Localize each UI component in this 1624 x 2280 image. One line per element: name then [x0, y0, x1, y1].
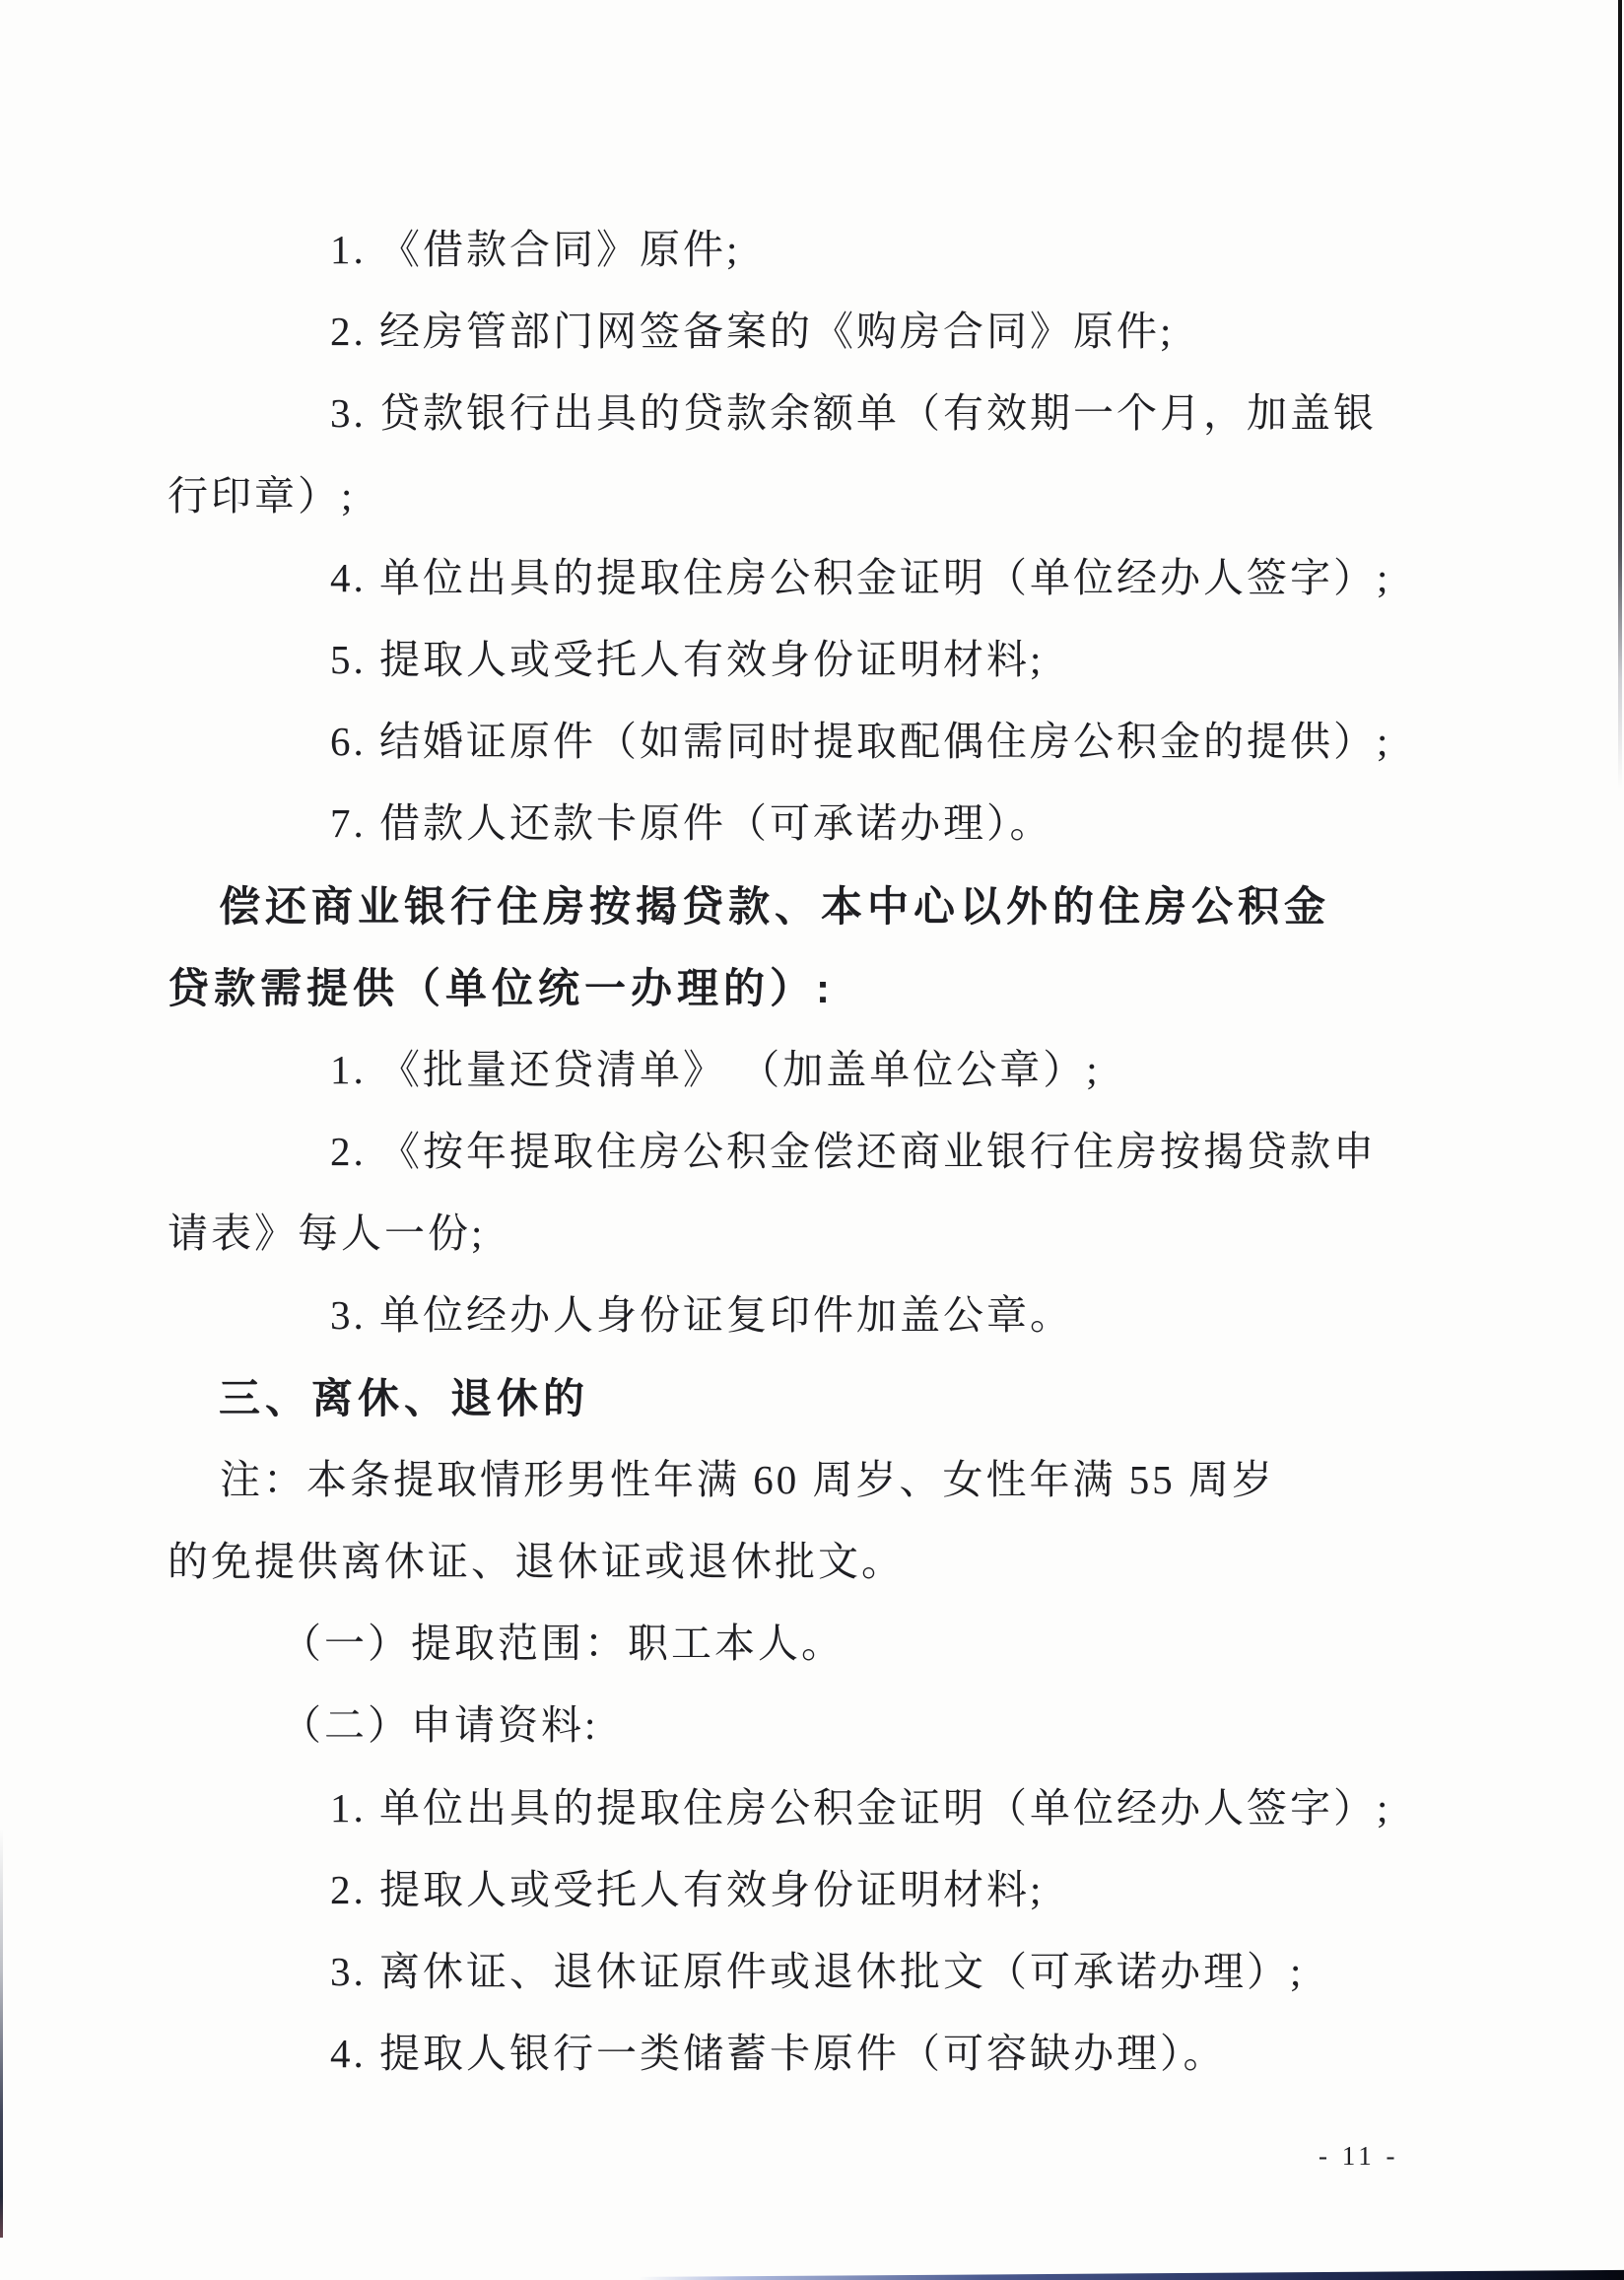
scan-artifact-right-edge	[1618, 0, 1622, 789]
text-line: 1. 单位出具的提取住房公积金证明（单位经办人签字）;	[168, 1767, 1429, 1849]
heading-line: 偿还商业银行住房按揭贷款、本中心以外的住房公积金	[168, 865, 1429, 947]
text-line: 2. 提取人或受托人有效身份证明材料;	[168, 1849, 1429, 1931]
text-line: 2. 经房管部门网签备案的《购房合同》原件;	[168, 291, 1429, 373]
text-line: 1. 《批量还贷清单》 （加盖单位公章）;	[168, 1029, 1429, 1111]
text-line: 注：本条提取情形男性年满 60 周岁、女性年满 55 周岁	[168, 1439, 1429, 1521]
text-line: 2. 《按年提取住房公积金偿还商业银行住房按揭贷款申	[168, 1111, 1429, 1193]
text-line: 行印章）;	[168, 455, 1429, 537]
document-body: 1. 《借款合同》原件;2. 经房管部门网签备案的《购房合同》原件;3. 贷款银…	[168, 209, 1429, 2095]
heading-line: 三、离休、退休的	[168, 1357, 1429, 1439]
document-page: 1. 《借款合同》原件;2. 经房管部门网签备案的《购房合同》原件;3. 贷款银…	[0, 0, 1624, 2280]
text-line: 请表》每人一份;	[168, 1193, 1429, 1275]
page-number: - 11 -	[1319, 2141, 1398, 2172]
text-line: 的免提供离休证、退休证或退休批文。	[168, 1521, 1429, 1603]
text-line: 6. 结婚证原件（如需同时提取配偶住房公积金的提供）;	[168, 701, 1429, 783]
text-line: （一）提取范围：职工本人。	[168, 1603, 1429, 1685]
text-line: 3. 贷款银行出具的贷款余额单（有效期一个月，加盖银	[168, 373, 1429, 454]
text-line: 3. 单位经办人身份证复印件加盖公章。	[168, 1275, 1429, 1356]
text-line: 1. 《借款合同》原件;	[168, 209, 1429, 291]
text-line: 5. 提取人或受托人有效身份证明材料;	[168, 619, 1429, 701]
heading-line: 贷款需提供（单位统一办理的）:	[168, 947, 1429, 1029]
text-line: 7. 借款人还款卡原件（可承诺办理）。	[168, 783, 1429, 864]
text-line: 3. 离休证、退休证原件或退休批文（可承诺办理）;	[168, 1931, 1429, 2013]
text-line: 4. 单位出具的提取住房公积金证明（单位经办人签字）;	[168, 537, 1429, 619]
text-line: （二）申请资料:	[168, 1685, 1429, 1766]
scan-artifact-bottom-bar	[639, 2269, 1624, 2280]
scan-artifact-left-edge	[0, 1829, 3, 2238]
text-line: 4. 提取人银行一类储蓄卡原件（可容缺办理）。	[168, 2013, 1429, 2095]
